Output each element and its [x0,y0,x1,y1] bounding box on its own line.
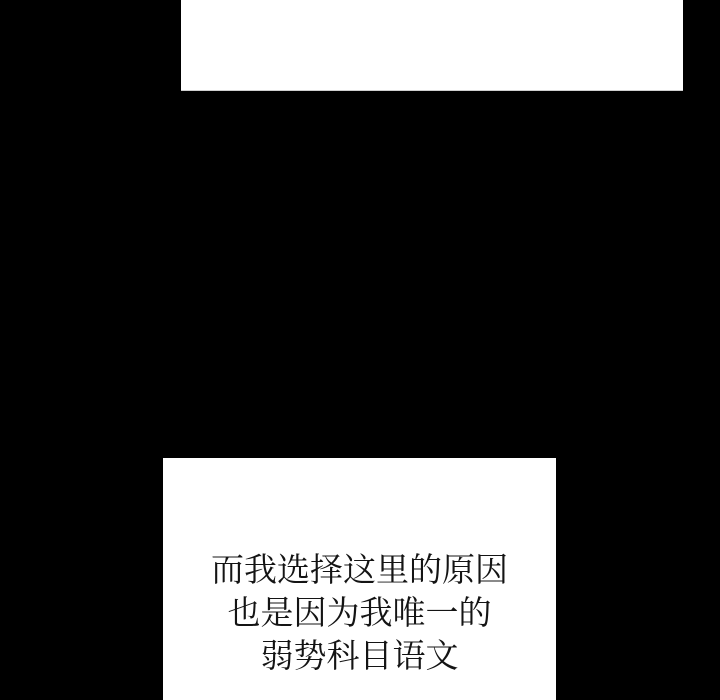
narration-line-2: 也是因为我唯一的 [163,591,556,634]
narration-line-1: 而我选择这里的原因 [163,548,556,591]
narration-line-3: 弱势科目语文 [163,634,556,677]
comic-panel-bottom: 而我选择这里的原因 也是因为我唯一的 弱势科目语文 [163,458,556,700]
narration-caption: 而我选择这里的原因 也是因为我唯一的 弱势科目语文 [163,458,556,677]
comic-page: 而我选择这里的原因 也是因为我唯一的 弱势科目语文 [0,0,720,700]
comic-panel-top [181,0,683,91]
